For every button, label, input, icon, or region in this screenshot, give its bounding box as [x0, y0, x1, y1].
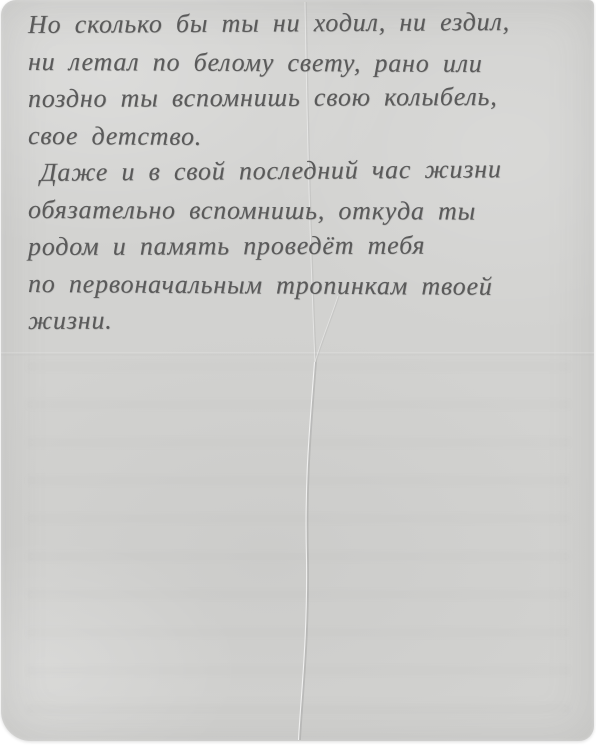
horizontal-fold-line	[1, 352, 594, 356]
handwritten-line: жизни.	[28, 299, 590, 339]
handwritten-line: родом и память проведёт тебя	[28, 226, 590, 265]
letter-page: Но сколько бы ты ни ходил, ни ездил, ни …	[1, 0, 594, 741]
show-through-text-ghost	[27, 362, 570, 715]
handwriting: Но сколько бы ты ни ходил, ни ездил, ни …	[28, 6, 590, 339]
handwritten-line: обязательно вспомнишь, откуда ты	[28, 191, 590, 230]
handwritten-line: ни летал по белому свету, рано или	[28, 43, 590, 82]
handwritten-line: поздно ты вспомнишь свою колыбель,	[28, 78, 590, 117]
handwritten-line: Даже и в свой последний час жизни	[28, 150, 590, 191]
scan-backdrop: Но сколько бы ты ни ходил, ни ездил, ни …	[0, 0, 596, 750]
handwritten-line: Но сколько бы ты ни ходил, ни ездил,	[28, 3, 590, 43]
